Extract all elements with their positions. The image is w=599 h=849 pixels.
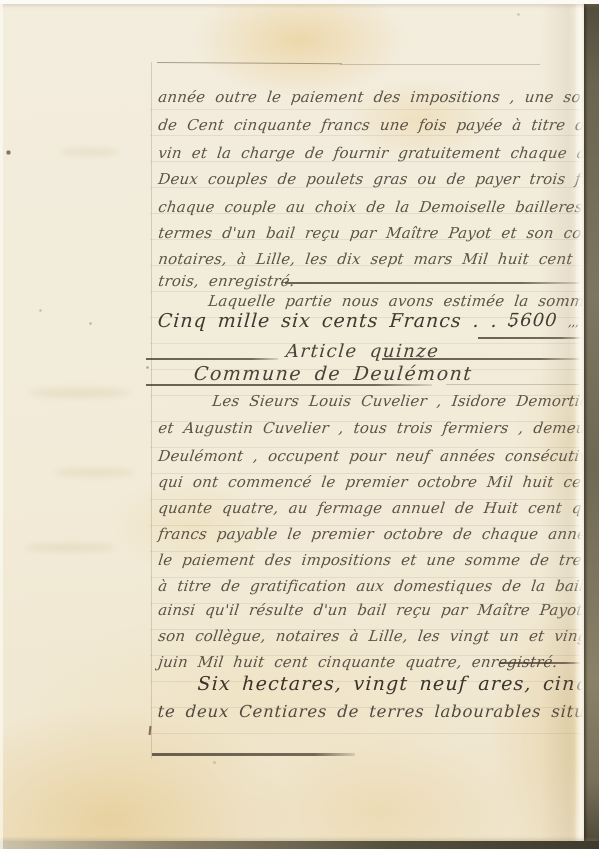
final-rule xyxy=(152,753,355,756)
valuation-text: Cinq mille six cents Francs . . . xyxy=(157,310,517,332)
text-block: année outre le paiement des impositions … xyxy=(155,0,583,849)
estimation-intro-line: Laquelle partie nous avons estimée la so… xyxy=(207,290,583,312)
manuscript-line: à titre de gratification aux domestiques… xyxy=(157,575,583,597)
bleed-mark xyxy=(55,468,135,477)
manuscript-scan: année outre le paiement des impositions … xyxy=(0,0,599,849)
parcel-line: te deux Centiares de terres labourables … xyxy=(157,701,583,723)
manuscript-line: juin Mil huit cent cinquante quatre, enr… xyxy=(157,651,559,673)
parcel-line: Six hectares, vingt neuf ares, cinquan xyxy=(197,673,583,695)
valuation-line: Cinq mille six cents Francs . . . 5600 ‚… xyxy=(157,310,583,332)
manuscript-line: qui ont commencé le premier octobre Mil … xyxy=(157,471,583,493)
top-scan-edge xyxy=(0,0,599,4)
manuscript-line: chaque couple au choix de la Demoiselle … xyxy=(157,196,583,218)
manuscript-line: Deux couples de poulets gras ou de payer… xyxy=(157,168,583,190)
manuscript-line: trois, enregistré. xyxy=(157,270,296,292)
manuscript-line: quante quatre, au fermage annuel de Huit… xyxy=(157,497,583,519)
bleed-mark xyxy=(25,543,115,552)
manuscript-line: année outre le paiement des impositions … xyxy=(157,86,583,108)
manuscript-line: et Augustin Cuvelier , tous trois fermie… xyxy=(157,417,583,439)
manuscript-line: Deulémont , occupent pour neuf années co… xyxy=(157,445,583,467)
bottom-scan-edge xyxy=(0,841,599,849)
manuscript-line: vin et la charge de fournir gratuitement… xyxy=(157,142,583,164)
rule-after-enregistre xyxy=(285,282,580,284)
manuscript-line: notaires, à Lille, les dix sept mars Mil… xyxy=(157,248,583,270)
bleed-mark xyxy=(30,388,130,398)
manuscript-line: de Cent cinquante francs une fois payée … xyxy=(157,114,583,136)
page-curve-shadow xyxy=(540,0,576,849)
article-rule-left xyxy=(146,358,278,360)
margin-line xyxy=(151,62,152,759)
bleed-mark xyxy=(60,148,120,156)
manuscript-line: termes d'un bail reçu par Maître Payot e… xyxy=(157,222,583,244)
left-scan-edge xyxy=(0,0,3,849)
commune-underline xyxy=(146,384,432,386)
manuscript-line: ainsi qu'il résulte d'un bail reçu par M… xyxy=(157,599,583,621)
manuscript-line: son collègue, notaires à Lille, les ving… xyxy=(157,625,583,647)
commune-heading: Commune de Deulémont xyxy=(193,363,474,385)
manuscript-line: francs payable le premier octobre de cha… xyxy=(157,523,583,545)
manuscript-line: le paiement des impositions et une somme… xyxy=(157,549,583,571)
manuscript-line: Les Sieurs Louis Cuvelier , Isidore Demo… xyxy=(211,390,583,412)
book-edge xyxy=(584,0,599,849)
page-edge-highlight xyxy=(574,0,584,849)
